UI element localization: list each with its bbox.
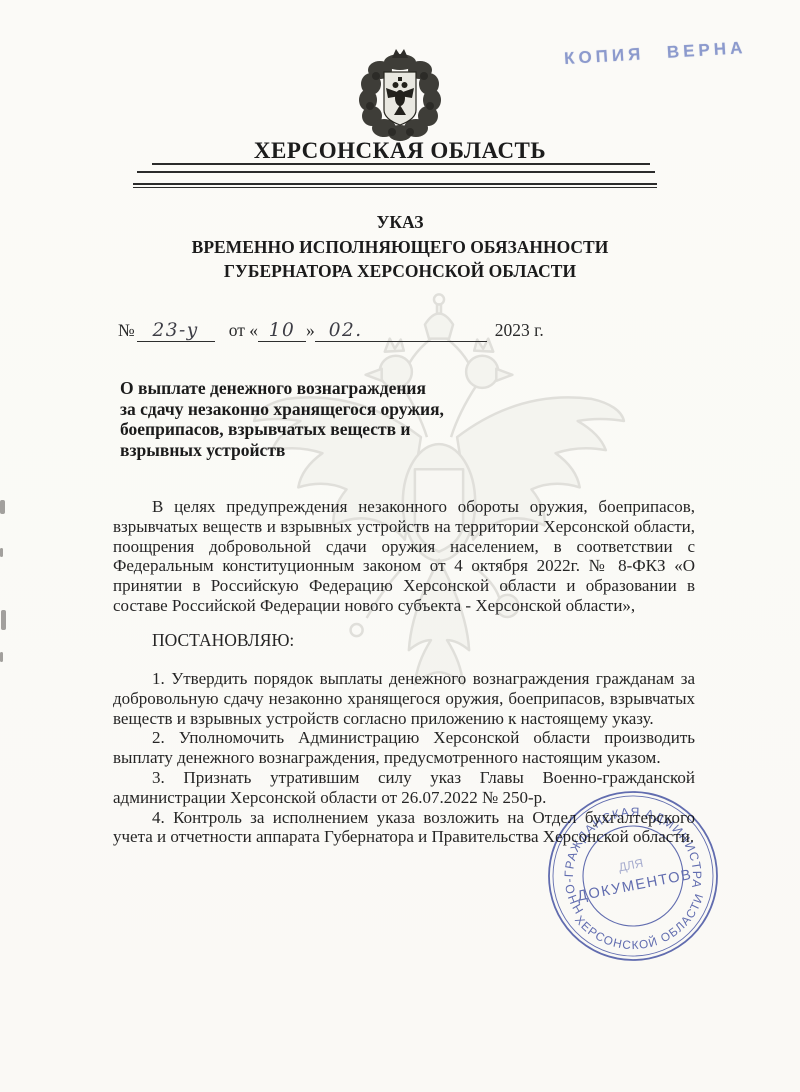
subject-heading: О выплате денежного вознаграждения за сд… bbox=[120, 378, 520, 460]
handwritten-number: 23-у bbox=[152, 320, 199, 341]
letterhead-rule bbox=[133, 187, 657, 188]
title-line-governor: ГУБЕРНАТОРА ХЕРСОНСКОЙ ОБЛАСТИ bbox=[0, 259, 800, 284]
resolution-item-2: 2. Уполномочить Администрацию Херсонской… bbox=[113, 728, 695, 768]
letterhead-rule bbox=[152, 163, 650, 165]
scan-artifact bbox=[0, 652, 3, 662]
letterhead-region-name: ХЕРСОНСКАЯ ОБЛАСТЬ bbox=[0, 138, 800, 164]
seal-center-line2: ДОКУМЕНТОВ bbox=[576, 867, 694, 905]
number-field: 23-у bbox=[137, 320, 215, 342]
letterhead-rule bbox=[137, 171, 655, 173]
coat-of-arms-icon bbox=[354, 46, 446, 142]
month-field: 02. bbox=[315, 320, 487, 342]
document-title: УКАЗ ВРЕМЕННО ИСПОЛНЯЮЩЕГО ОБЯЗАННОСТИ Г… bbox=[0, 210, 800, 284]
number-sign: № bbox=[118, 320, 135, 340]
resolution-word: ПОСТАНОВЛЯЮ: bbox=[152, 630, 294, 651]
title-line-ukaz: УКАЗ bbox=[0, 210, 800, 235]
scanned-document-page: КОПИЯ ВЕРНА bbox=[0, 0, 800, 1092]
scan-artifact bbox=[0, 548, 3, 557]
scan-artifact bbox=[0, 500, 5, 514]
year-label: 2023 г. bbox=[495, 320, 544, 340]
letterhead-rule bbox=[133, 183, 657, 185]
preamble-paragraph: В целях предупреждения незаконного оборо… bbox=[113, 497, 695, 616]
number-date-line: №23-уот «10»02.2023 г. bbox=[118, 320, 544, 342]
round-seal-stamp: ВОЕННО-ГРАЖДАНСКАЯ АДМИНИСТРАЦИЯ * ХЕРСО… bbox=[530, 773, 736, 979]
day-field: 10 bbox=[258, 320, 306, 342]
from-label: от « bbox=[229, 320, 258, 340]
quote-close: » bbox=[306, 320, 315, 340]
seal-center-line1: ДЛЯ bbox=[617, 856, 644, 874]
scan-artifact bbox=[1, 610, 6, 630]
title-line-acting: ВРЕМЕННО ИСПОЛНЯЮЩЕГО ОБЯЗАННОСТИ bbox=[0, 235, 800, 260]
resolution-item-1: 1. Утвердить порядок выплаты денежного в… bbox=[113, 669, 695, 728]
handwritten-day: 10 bbox=[269, 320, 296, 341]
handwritten-month: 02. bbox=[329, 320, 363, 341]
copy-verna-stamp: КОПИЯ ВЕРНА bbox=[564, 39, 735, 69]
